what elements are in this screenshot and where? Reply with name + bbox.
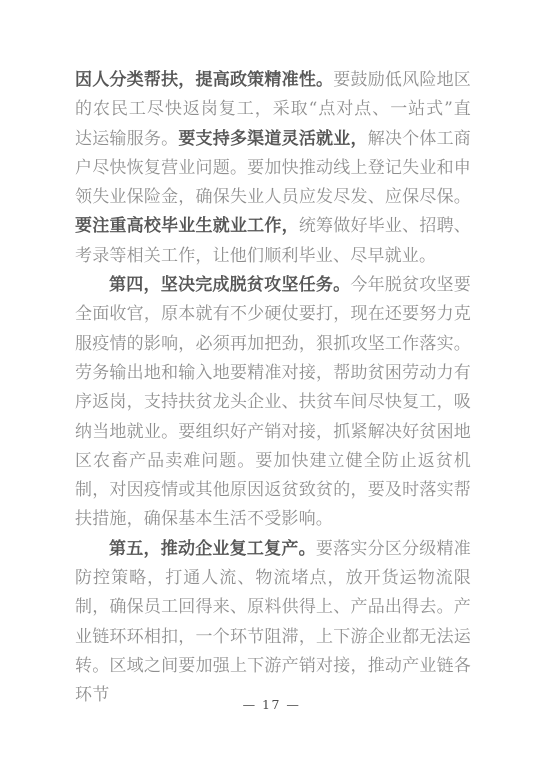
paragraph: 第四，坚决完成脱贫攻坚任务。今年脱贫攻坚要全面收官，原本就有不少硬仗要打，现在还… [75, 271, 471, 535]
paragraph: 因人分类帮扶，提高政策精准性。要鼓励低风险地区的农民工尽快返岗复工，采取“点对点… [75, 66, 471, 271]
document-body: 因人分类帮扶，提高政策精准性。要鼓励低风险地区的农民工尽快返岗复工，采取“点对点… [75, 66, 471, 711]
page-number: — 17 — [0, 697, 543, 712]
emphasis-text-run: 因人分类帮扶，提高政策精准性。 [75, 70, 333, 90]
body-text-run: 要落实分区分级精准防控策略，打通人流、物流堵点，放开货运物流限制，确保员工回得来… [75, 539, 471, 705]
emphasis-text-run: 第五，推动企业复工复产。 [109, 539, 316, 559]
document-page: 因人分类帮扶，提高政策精准性。要鼓励低风险地区的农民工尽快返岗复工，采取“点对点… [0, 0, 543, 768]
body-text-run: 今年脱贫攻坚要全面收官，原本就有不少硬仗要打，现在还要努力克服疫情的影响，必须再… [75, 275, 471, 529]
emphasis-text-run: 第四，坚决完成脱贫攻坚任务。 [109, 275, 350, 295]
emphasis-text-run: 要支持多渠道灵活就业， [178, 129, 367, 149]
paragraph: 第五，推动企业复工复产。要落实分区分级精准防控策略，打通人流、物流堵点，放开货运… [75, 535, 471, 711]
emphasis-text-run: 要注重高校毕业生就业工作， [75, 216, 299, 236]
